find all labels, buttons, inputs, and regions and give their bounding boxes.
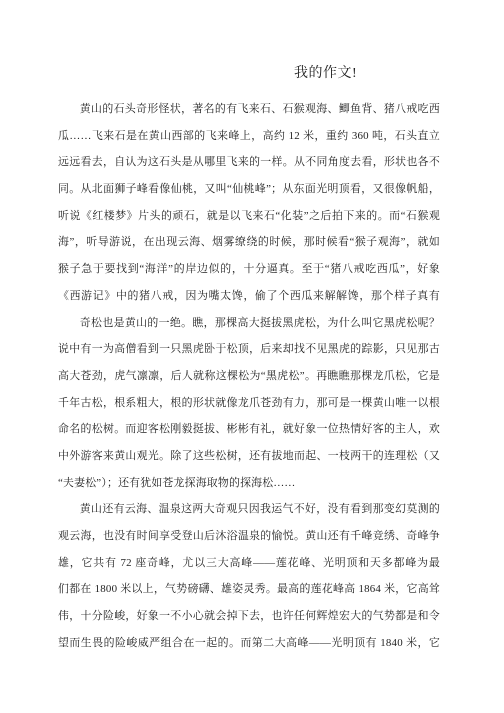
text-line: “夫妻松”）；还有犹如苍龙探海取物的探海松…… [58, 470, 440, 497]
text-line: 同。从北面狮子峰看像仙桃，又叫“仙桃峰”；从东面光明顶看，又很像帆船， [58, 176, 440, 203]
text-line: 高大苍劲，虎气凛凛，后人就称这棵松为“黑虎松”。再瞧瞧那棵龙爪松，它是 [58, 363, 440, 390]
paragraph: 黄山的石头奇形怪状，著名的有飞来石、石猴观海、鲫鱼背、猪八戒吃西 瓜……飞来石是… [58, 96, 440, 310]
text-line: 海”，听导游说，在出现云海、烟雾缭绕的时候，那时候看“猴子观海”，就如 [58, 229, 440, 256]
document-title: 我的作文! [294, 63, 357, 85]
text-line: 们都在 1800 米以上，气势磅礴、雄姿灵秀。最高的莲花峰高 1864 米，它高… [58, 576, 440, 603]
document-page: 我的作文! 黄山的石头奇形怪状，著名的有飞来石、石猴观海、鲫鱼背、猪八戒吃西 瓜… [0, 0, 504, 713]
text-line: 观云海，也没有时间享受登山后沐浴温泉的愉悦。黄山还有千峰竞绣、奇峰争 [58, 523, 440, 550]
text-line: 黄山还有云海、温泉这两大奇观只因我运气不好，没有看到那变幻莫测的壮 [58, 496, 440, 523]
text-line: 瓜……飞来石是在黄山西部的飞来峰上，高约 12 米，重约 360 吨，石头直立着… [58, 123, 440, 150]
text-line: 千年古松，根系粗大，根的形状就像龙爪苍劲有力，那可是一棵黄山唯一以根部 [58, 390, 440, 417]
text-line: 雄，它共有 72 座奇峰，尤以三大高峰——莲花峰、光明顶和天多都峰为最佳。它 [58, 550, 440, 577]
text-line: 猴子急于要找到“海洋”的岸边似的，十分逼真。至于“猪八戒吃西瓜”，好象 [58, 256, 440, 283]
text-line: 中外游客来黄山观光。除了这些松树，还有拔地而起、一枝两干的连理松（又名 [58, 443, 440, 470]
text-line: 说中有一为高僧看到一只黑虎卧于松顶，后来却找不见黑虎的踪影，只见那古松 [58, 336, 440, 363]
text-line: 命名的松树。而迎客松刚毅挺拔、彬彬有礼，就好象一位热情好客的主人，欢迎 [58, 416, 440, 443]
document-body: 黄山的石头奇形怪状，著名的有飞来石、石猴观海、鲫鱼背、猪八戒吃西 瓜……飞来石是… [58, 96, 440, 656]
text-line: 远远看去，自认为这石头是从哪里飞来的一样。从不同角度去看，形状也各不相 [58, 149, 440, 176]
text-line: 听说《红楼梦》片头的顽石，就是以飞来石“化装”之后拍下来的。而“石猴观 [58, 203, 440, 230]
text-line: 黄山的石头奇形怪状，著名的有飞来石、石猴观海、鲫鱼背、猪八戒吃西 [58, 96, 440, 123]
text-line: 奇松也是黄山的一绝。瞧，那棵高大挺拔黑虎松，为什么叫它黑虎松呢？传 [58, 310, 440, 337]
paragraph: 黄山还有云海、温泉这两大奇观只因我运气不好，没有看到那变幻莫测的壮 观云海，也没… [58, 496, 440, 656]
paragraph: 奇松也是黄山的一绝。瞧，那棵高大挺拔黑虎松，为什么叫它黑虎松呢？传 说中有一为高… [58, 310, 440, 497]
text-line: 望而生畏的险峻威严组合在一起的。而第二大高峰——光明顶有 1840 米，它是观 [58, 630, 440, 657]
text-line: 伟，十分险峻，好象一不小心就会掉下去，也许任何辉煌宏大的气势都是和令人 [58, 603, 440, 630]
text-line: 《西游记》中的猪八戒，因为嘴太馋，偷了个西瓜来解解馋，那个样子真有趣。 [58, 283, 440, 310]
